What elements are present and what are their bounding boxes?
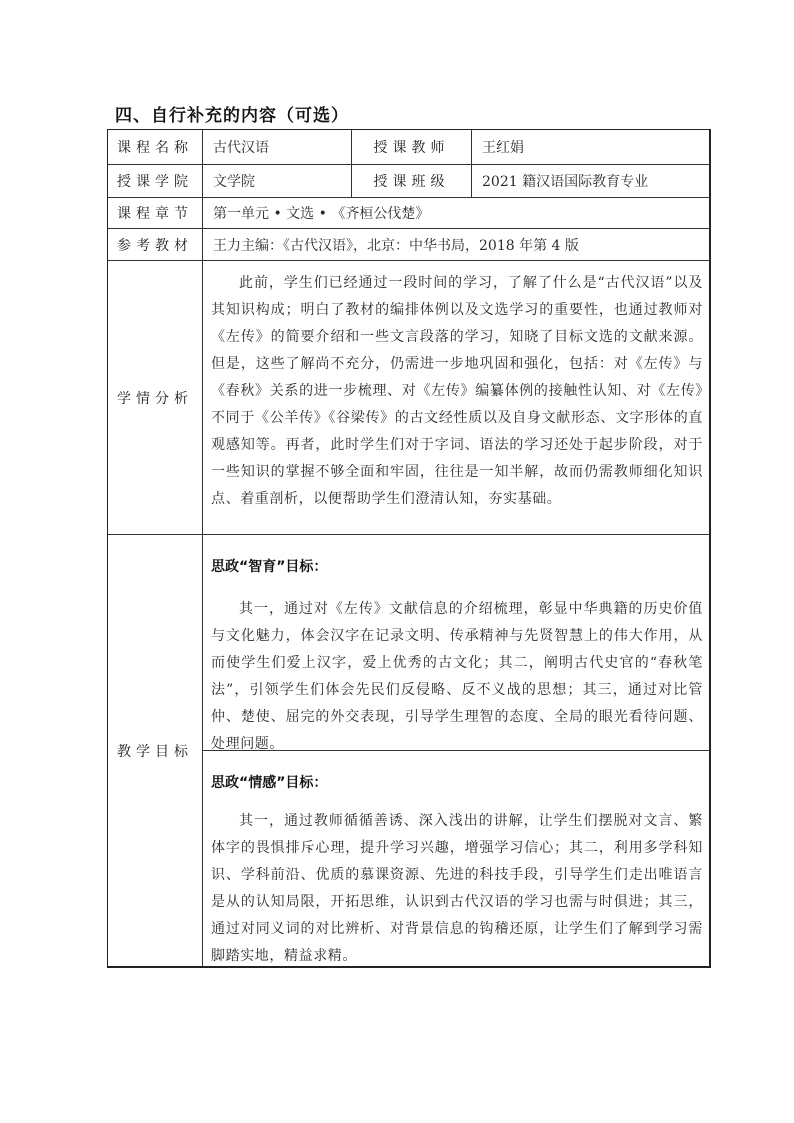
emotion-goal-heading: 思政“情感”目标： (211, 772, 327, 792)
intellect-goal-heading: 思政“智育”目标： (211, 556, 327, 576)
teacher-label: 授课教师 (352, 130, 471, 164)
course-info-table: 课程名称 古代汉语 授课教师 王红娟 授课学院 文学院 授课班级 2021 籍汉… (107, 129, 711, 968)
course-name-value: 古代汉语 (203, 130, 351, 164)
intellect-goal-text: 其一，通过对《左传》文献信息的介绍梳理，彰显中华典籍的历史价值与文化魅力，体会汉… (211, 596, 703, 758)
analysis-text: 此前，学生们已经通过一段时间的学习，了解了什么是“古代汉语”以及其知识构成；明白… (211, 270, 703, 513)
class-value: 2021 籍汉语国际教育专业 (472, 165, 710, 197)
textbook-label: 参考教材 (108, 229, 202, 260)
analysis-label: 学情分析 (108, 261, 202, 534)
textbook-value: 王力主编：《古代汉语》，北京：中华书局，2018 年第 4 版 (203, 229, 710, 260)
college-label: 授课学院 (108, 165, 202, 197)
chapter-label: 课程章节 (108, 198, 202, 228)
emotion-goal-text: 其一，通过教师循循善诱、深入浅出的讲解，让学生们摆脱对文言、繁体字的畏惧排斥心理… (211, 808, 703, 970)
class-label: 授课班级 (352, 165, 471, 197)
chapter-value: 第一单元 • 文选 • 《齐桓公伐楚》 (203, 198, 710, 228)
goals-label: 教学目标 (108, 535, 202, 966)
section-title: 四、自行补充的内容（可选） (115, 101, 349, 126)
course-name-label: 课程名称 (108, 130, 202, 164)
college-value: 文学院 (203, 165, 351, 197)
teacher-value: 王红娟 (472, 130, 710, 164)
